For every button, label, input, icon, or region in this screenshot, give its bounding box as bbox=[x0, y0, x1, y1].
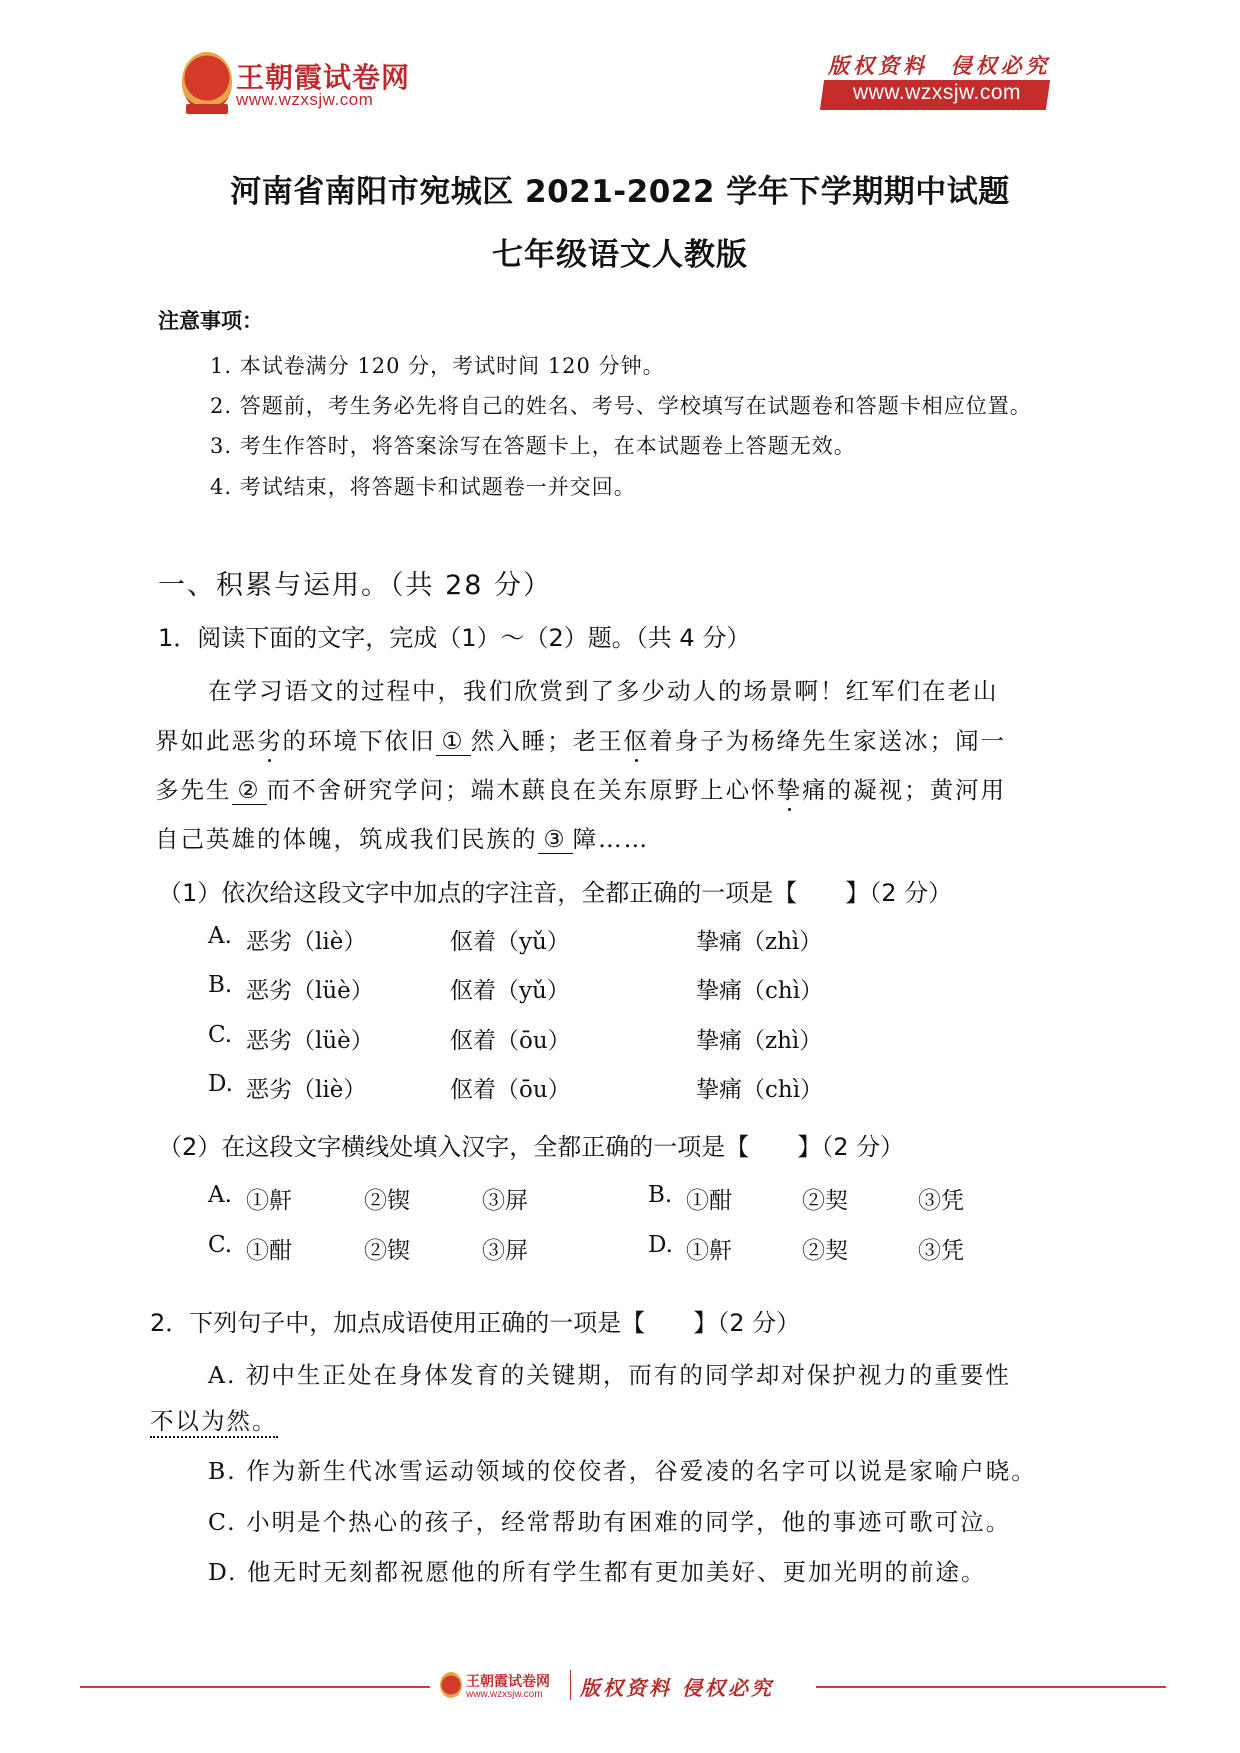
passage-text: 在学习语文的过程中，我们欣赏到了多少动人的场景啊！红军们在老山 bbox=[208, 677, 999, 705]
option-word: 恶劣（liè） bbox=[246, 923, 450, 956]
option-char: ①酣 bbox=[246, 1232, 364, 1265]
subquestion-2-prompt: （2）在这段文字横线处填入汉字，全都正确的一项是【 】（2 分） bbox=[158, 1127, 904, 1162]
option-word: 挚痛（chì） bbox=[696, 972, 823, 1005]
option-word: 挚痛（zhì） bbox=[696, 923, 822, 956]
option-char: ②锲 bbox=[364, 1232, 482, 1265]
dotted-char: 挚 bbox=[777, 776, 803, 804]
footer-copyright: 版权资料 侵权必究 bbox=[580, 1672, 774, 1701]
option-word: 恶劣（liè） bbox=[246, 1071, 450, 1104]
subquestion-1-prompt: （1）依次给这段文字中加点的字注音，全都正确的一项是【 】（2 分） bbox=[158, 873, 952, 908]
option-row-c: C. 恶劣（lüè） 伛着（ōu） 挚痛（zhì） bbox=[208, 1022, 822, 1055]
brand-url: www.wzxsjw.com bbox=[236, 90, 373, 110]
q2-option-a-cont: 不以为然。 bbox=[150, 1402, 278, 1438]
footer-brand-name: 王朝霞试卷网 bbox=[466, 1671, 550, 1691]
question-2-prompt: 2．下列句子中，加点成语使用正确的一项是【 】（2 分） bbox=[150, 1303, 800, 1338]
passage-line: 在学习语文的过程中，我们欣赏到了多少动人的场景啊！红军们在老山 bbox=[208, 672, 999, 706]
option-label: A. bbox=[208, 923, 246, 956]
note-item: 3. 考生作答时，将答案涂写在答题卡上，在本试题卷上答题无效。 bbox=[210, 430, 856, 460]
option-text: 他无时无刻都祝愿他的所有学生都有更加美好、更加光明的前途。 bbox=[247, 1558, 987, 1586]
option-char: ①鼾 bbox=[686, 1232, 802, 1265]
option-text: 小明是个热心的孩子，经常帮助有困难的同学，他的事迹可歌可泣。 bbox=[246, 1508, 1011, 1536]
passage-text: 界如此恶 bbox=[155, 727, 257, 755]
fill-blank-1: ① bbox=[436, 727, 471, 756]
option-word: 伛着（ōu） bbox=[450, 1022, 696, 1055]
passage-text: 自己英雄的体魄，筑成我们民族的 bbox=[155, 825, 538, 853]
option-word: 恶劣（lüè） bbox=[246, 1022, 450, 1055]
option-char: ①鼾 bbox=[246, 1182, 364, 1215]
option-row-d: D. 恶劣（liè） 伛着（ōu） 挚痛（chì） bbox=[208, 1071, 823, 1104]
option-label: B. bbox=[648, 1182, 686, 1215]
passage-text: 而不舍研究学问；端木蕻良在关东原野上心怀 bbox=[267, 776, 777, 804]
option-row-cd: C. ①酣 ②锲 ③屏 D. ①鼾 ②契 ③凭 bbox=[208, 1232, 964, 1265]
option-char: ②契 bbox=[802, 1182, 918, 1215]
option-row-b: B. 恶劣（lüè） 伛着（yǔ） 挚痛（chì） bbox=[208, 972, 823, 1005]
option-label: D. bbox=[208, 1071, 246, 1104]
passage-line: 自己英雄的体魄，筑成我们民族的③障…… bbox=[155, 820, 649, 854]
option-label: B. bbox=[208, 1457, 237, 1485]
fill-blank-2: ② bbox=[232, 776, 267, 805]
passage-text: 着身子为杨绛先生家送冰；闻一 bbox=[649, 727, 1006, 755]
passage-line: 多先生②而不舍研究学问；端木蕻良在关东原野上心怀挚痛的凝视；黄河用 bbox=[155, 771, 1006, 805]
option-label: B. bbox=[208, 972, 246, 1005]
brand-logo-emblem-icon bbox=[182, 52, 232, 110]
option-row-a: A. 恶劣（liè） 伛着（yǔ） 挚痛（zhì） bbox=[208, 923, 822, 956]
passage-line: 界如此恶劣的环境下依旧①然入睡；老王伛着身子为杨绛先生家送冰；闻一 bbox=[155, 722, 1006, 756]
option-word: 挚痛（chì） bbox=[696, 1071, 823, 1104]
option-text: 作为新生代冰雪运动领域的佼佼者，谷爱凌的名字可以说是家喻户晓。 bbox=[246, 1457, 1037, 1485]
url-banner-text: www.wzxsjw.com bbox=[832, 81, 1042, 105]
passage-text: 痛的凝视；黄河用 bbox=[802, 776, 1006, 804]
exam-title: 河南省南阳市宛城区 2021-2022 学年下学期期中试题 bbox=[0, 166, 1240, 211]
option-label: C. bbox=[208, 1022, 246, 1055]
q2-option-d: D. 他无时无刻都祝愿他的所有学生都有更加美好、更加光明的前途。 bbox=[208, 1553, 986, 1587]
footer-separator bbox=[570, 1670, 571, 1700]
passage-text: 的环境下依旧 bbox=[283, 727, 436, 755]
option-char: ③凭 bbox=[918, 1232, 964, 1265]
option-word: 恶劣（lüè） bbox=[246, 972, 450, 1005]
fill-blank-3: ③ bbox=[538, 825, 573, 854]
q2-option-c: C. 小明是个热心的孩子，经常帮助有困难的同学，他的事迹可歌可泣。 bbox=[208, 1503, 1011, 1537]
dotted-char: 伛 bbox=[624, 727, 650, 755]
footer-brand-url: www.wzxsjw.com bbox=[466, 1689, 543, 1700]
section-heading: 一、积累与运用。（共 28 分） bbox=[158, 563, 552, 602]
option-row-ab: A. ①鼾 ②锲 ③屏 B. ①酣 ②契 ③凭 bbox=[208, 1182, 964, 1215]
footer-logo-emblem-icon bbox=[440, 1672, 462, 1698]
note-item: 1. 本试卷满分 120 分，考试时间 120 分钟。 bbox=[210, 350, 665, 380]
q2-option-b: B. 作为新生代冰雪运动领域的佼佼者，谷爱凌的名字可以说是家喻户晓。 bbox=[208, 1452, 1037, 1486]
option-char: ③屏 bbox=[482, 1232, 648, 1265]
footer-divider-left bbox=[80, 1686, 430, 1688]
option-label: C. bbox=[208, 1232, 246, 1265]
q2-option-a: A. 初中生正处在身体发育的关键期，而有的同学却对保护视力的重要性 bbox=[208, 1356, 1011, 1390]
passage-text: 然入睡；老王 bbox=[471, 727, 624, 755]
option-word: 伛着（ōu） bbox=[450, 1071, 696, 1104]
question-1-prompt: 1．阅读下面的文字，完成（1）～（2）题。（共 4 分） bbox=[158, 618, 750, 653]
option-label: D. bbox=[648, 1232, 686, 1265]
option-char: ①酣 bbox=[686, 1182, 802, 1215]
option-word: 挚痛（zhì） bbox=[696, 1022, 822, 1055]
option-word: 伛着（yǔ） bbox=[450, 923, 696, 956]
passage-text: 障…… bbox=[573, 825, 650, 853]
option-label: A. bbox=[208, 1182, 246, 1215]
option-char: ②契 bbox=[802, 1232, 918, 1265]
exam-subtitle: 七年级语文人教版 bbox=[0, 229, 1240, 274]
passage-text: 多先生 bbox=[155, 776, 232, 804]
option-label: D. bbox=[208, 1558, 237, 1586]
option-word: 伛着（yǔ） bbox=[450, 972, 696, 1005]
note-item: 4. 考试结束，将答题卡和试题卷一并交回。 bbox=[210, 471, 636, 501]
option-label: A. bbox=[208, 1361, 236, 1389]
copyright-notice: 版权资料 侵权必究 bbox=[828, 50, 1051, 80]
option-label: C. bbox=[208, 1508, 237, 1536]
option-char: ③凭 bbox=[918, 1182, 964, 1215]
note-item: 2. 答题前，考生务必先将自己的姓名、考号、学校填写在试题卷和答题卡相应位置。 bbox=[210, 390, 1032, 420]
option-char: ③屏 bbox=[482, 1182, 648, 1215]
dotted-char: 劣 bbox=[257, 727, 283, 755]
option-text: 初中生正处在身体发育的关键期，而有的同学却对保护视力的重要性 bbox=[246, 1361, 1011, 1389]
option-char: ②锲 bbox=[364, 1182, 482, 1215]
footer-divider-right bbox=[816, 1686, 1166, 1688]
notes-heading: 注意事项： bbox=[158, 305, 263, 335]
